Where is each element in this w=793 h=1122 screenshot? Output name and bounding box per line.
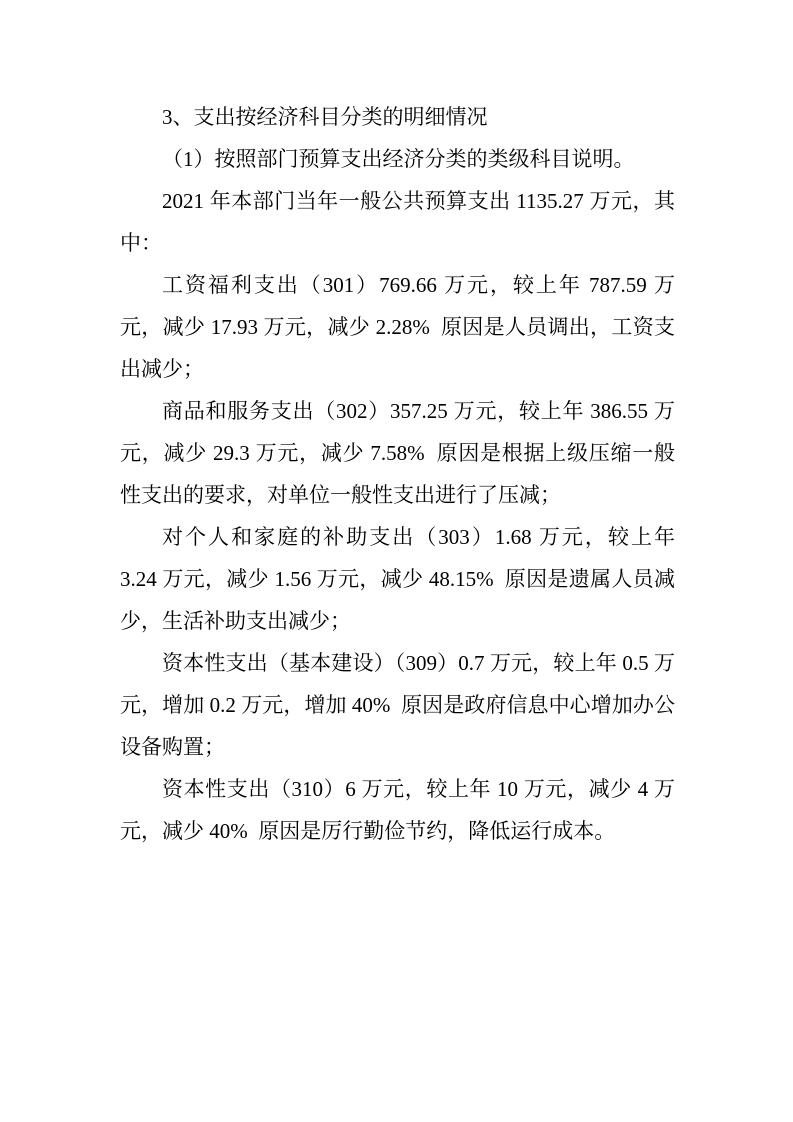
para-individual-family-subsidy-303: 对个人和家庭的补助支出（303）1.68 万元，较上年 3.24 万元，减少 1… <box>120 516 675 642</box>
para-goods-services-302: 商品和服务支出（302）357.25 万元，较上年 386.55 万元，减少 2… <box>120 390 675 516</box>
section-heading: 3、支出按经济科目分类的明细情况 <box>120 96 675 138</box>
para-class-subject-note: （1）按照部门预算支出经济分类的类级科目说明。 <box>120 138 675 180</box>
para-capital-basic-construction-309: 资本性支出（基本建设）（309）0.7 万元，较上年 0.5 万元，增加 0.2… <box>120 642 675 768</box>
document-body: 3、支出按经济科目分类的明细情况 （1）按照部门预算支出经济分类的类级科目说明。… <box>120 96 675 852</box>
para-wage-welfare-301: 工资福利支出（301）769.66 万元，较上年 787.59 万元，减少 17… <box>120 264 675 390</box>
document-page: 3、支出按经济科目分类的明细情况 （1）按照部门预算支出经济分类的类级科目说明。… <box>0 0 793 1122</box>
para-capital-expenditure-310: 资本性支出（310）6 万元，较上年 10 万元，减少 4 万元，减少 40% … <box>120 768 675 852</box>
para-total-public-budget: 2021 年本部门当年一般公共预算支出 1135.27 万元，其中： <box>120 180 675 264</box>
